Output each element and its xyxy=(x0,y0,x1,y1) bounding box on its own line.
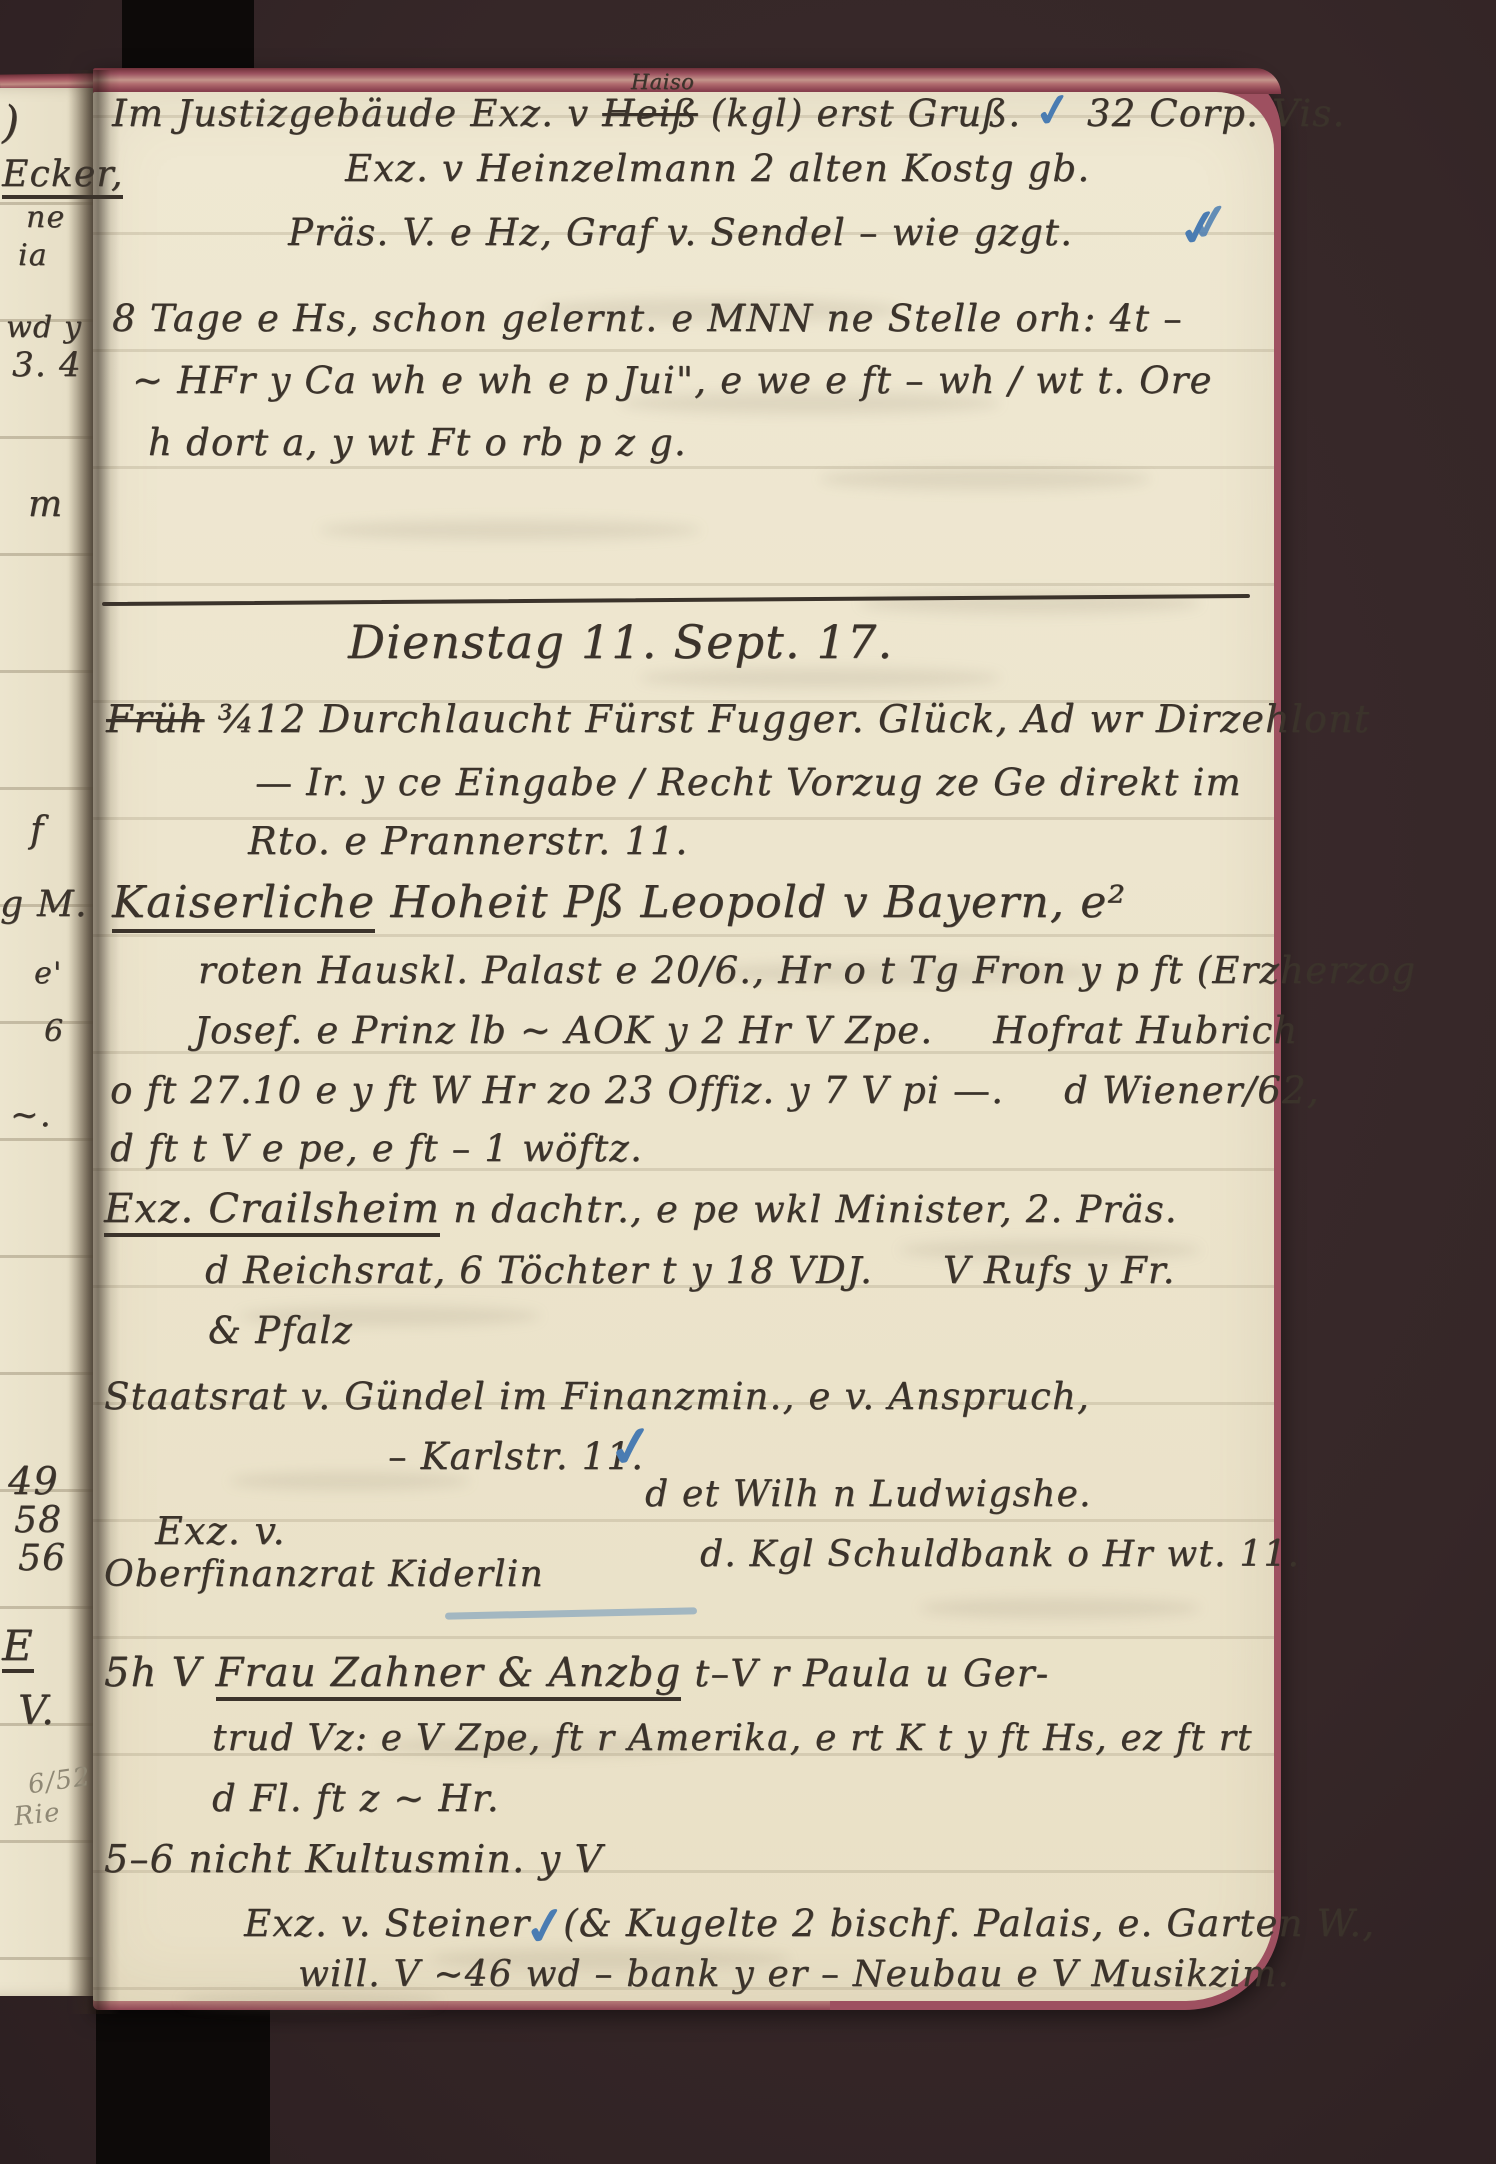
struck-text: Heiß xyxy=(602,92,698,135)
diary-line: Exz. v Heinzelmann 2 alten Kostg gb. xyxy=(345,150,1090,189)
diary-text-segment: Hoheit Pß Leopold v Bayern, e² xyxy=(375,877,1126,928)
hand-drawn-divider xyxy=(102,594,1250,606)
corrected-name: HaisoHeiß xyxy=(602,95,698,134)
diary-line: 5–6 nicht Kultusmin. y V xyxy=(104,1840,603,1880)
diary-line: ~ HFr y Ca wh e wh e p Jui", e we e ft –… xyxy=(132,362,1213,401)
diary-text-segment: (& Kugelte 2 bischf. Palais, e. Garten W… xyxy=(563,1902,1375,1945)
diary-line: Exz. v. xyxy=(155,1512,286,1552)
margin-fragment: 56 xyxy=(18,1540,66,1578)
diary-text-segment: t–V r Paula u Ger- xyxy=(681,1652,1049,1695)
date-header: Dienstag 11. Sept. 17. xyxy=(348,618,893,666)
margin-fragment: ~. xyxy=(10,1098,52,1134)
blue-double-check-icon: ✓ xyxy=(1175,199,1225,257)
margin-fragment: 3. 4 xyxy=(12,348,82,384)
diary-line: d Fl. ft z ~ Hr. xyxy=(212,1780,500,1819)
diary-text-segment: n dachtr., e pe wkl Minister, 2. Präs. xyxy=(440,1188,1178,1231)
margin-fragment: f xyxy=(30,812,45,850)
margin-fragment: V. xyxy=(18,1690,55,1732)
diary-text-segment: Hofrat Hubrich xyxy=(993,1009,1298,1052)
diary-line: trud Vz: e V Zpe, ft r Amerika, e rt K t… xyxy=(212,1720,1253,1758)
diary-text-segment: Im Justizgebäude Exz. v xyxy=(112,92,602,135)
pencil-note: Rie xyxy=(13,1800,62,1832)
margin-fragment: E xyxy=(2,1624,34,1673)
blue-check-icon: ✓ xyxy=(1031,83,1077,136)
margin-fragment: 58 xyxy=(14,1502,62,1540)
blue-pencil-underline xyxy=(445,1607,697,1619)
diary-text-segment: (kgl) erst Gruß. xyxy=(698,92,1034,135)
blue-check-icon: ✓ xyxy=(521,1897,573,1957)
margin-fragment: m xyxy=(28,486,63,524)
scanned-diary-page: Im Justizgebäude Exz. v HaisoHeiß (kgl) … xyxy=(0,0,1496,2164)
underlined-name: Frau Zahner & Anzbg xyxy=(216,1650,682,1701)
diary-line: Exz. v. Steiner✓(& Kugelte 2 bischf. Pal… xyxy=(244,1900,1375,1955)
diary-line: Staatsrat v. Gündel im Finanzmin., e v. … xyxy=(104,1378,1090,1417)
underlined-name: Exz. Crailsheim xyxy=(104,1186,440,1237)
margin-fragment: 49 xyxy=(8,1462,59,1502)
diary-line: will. V ~46 wd – bank y er – Neubau e V … xyxy=(298,1956,1290,1994)
margin-fragment: ne xyxy=(26,202,65,234)
diary-line: d Reichsrat, 6 Töchter t y 18 VDJ.V Rufs… xyxy=(205,1252,1176,1291)
handwriting-layer: Im Justizgebäude Exz. v HaisoHeiß (kgl) … xyxy=(0,0,1496,2164)
diary-text-segment: V Rufs y Fr. xyxy=(943,1249,1176,1292)
margin-fragment: wd y xyxy=(6,312,82,344)
diary-line: Rto. e Prannerstr. 11. xyxy=(248,822,689,862)
diary-line: Kaiserliche Hoheit Pß Leopold v Bayern, … xyxy=(112,880,1126,926)
correction-annotation: Haiso xyxy=(631,71,694,93)
diary-line: Oberfinanzrat Kiderlin xyxy=(104,1556,544,1594)
diary-text-segment: d Wiener/62, xyxy=(1064,1069,1320,1112)
margin-fragment: ) xyxy=(2,100,20,146)
margin-fragment: e' xyxy=(34,958,62,990)
diary-line: Früh ¾12 Durchlaucht Fürst Fugger. Glück… xyxy=(106,700,1370,740)
diary-line: Josef. e Prinz lb ~ AOK y 2 Hr V Zpe.Hof… xyxy=(194,1012,1298,1051)
diary-text-segment: o ft 27.10 e y ft W Hr zo 23 Offiz. y 7 … xyxy=(110,1069,1004,1112)
diary-line: d et Wilh n Ludwigshe. xyxy=(645,1476,1092,1514)
diary-line: roten Hauskl. Palast e 20/6., Hr o t Tg … xyxy=(198,952,1416,991)
diary-line: 5h V Frau Zahner & Anzbg t–V r Paula u G… xyxy=(104,1652,1049,1694)
diary-line: – Karlstr. 11. xyxy=(388,1438,644,1477)
diary-line: 8 Tage e Hs, schon gelernt. e MNN ne Ste… xyxy=(112,300,1183,339)
pencil-note: 6/52 xyxy=(26,1764,92,1800)
underlined-title: Kaiserliche xyxy=(112,877,375,933)
blue-check-icon: ✓ xyxy=(604,1415,660,1480)
diary-text-segment: 5h V xyxy=(104,1650,216,1696)
margin-fragment: Ecker, xyxy=(2,156,123,199)
diary-text-segment: Exz. v. Steiner xyxy=(244,1902,530,1945)
diary-line: d. Kgl Schuldbank o Hr wt. 11. xyxy=(700,1536,1300,1574)
diary-line: Im Justizgebäude Exz. v HaisoHeiß (kgl) … xyxy=(112,86,1345,134)
diary-line: — Ir. y ce Eingabe / Recht Vorzug ze Ge … xyxy=(255,764,1242,803)
diary-line: h dort a, y wt Ft o rb p z g. xyxy=(148,424,687,463)
diary-line: o ft 27.10 e y ft W Hr zo 23 Offiz. y 7 … xyxy=(110,1072,1320,1111)
diary-text-segment: d Reichsrat, 6 Töchter t y 18 VDJ. xyxy=(205,1249,873,1292)
diary-text-segment: Josef. e Prinz lb ~ AOK y 2 Hr V Zpe. xyxy=(194,1009,933,1052)
diary-line: & Pfalz xyxy=(208,1312,353,1351)
struck-text: Früh xyxy=(106,697,204,741)
diary-line: d ft t V e pe, e ft – 1 wöftz. xyxy=(110,1130,643,1169)
diary-text-segment: ¾12 Durchlaucht Fürst Fugger. Glück, Ad … xyxy=(204,697,1370,741)
diary-line: Präs. V. e Hz, Graf v. Sendel – wie gzgt… xyxy=(288,214,1073,253)
diary-line: Exz. Crailsheim n dachtr., e pe wkl Mini… xyxy=(104,1188,1178,1230)
margin-fragment: ia xyxy=(18,240,48,272)
margin-fragment: g M. xyxy=(0,886,88,924)
margin-fragment: 6 xyxy=(44,1016,64,1048)
diary-text-segment: 32 Corp. Vis. xyxy=(1074,92,1346,135)
